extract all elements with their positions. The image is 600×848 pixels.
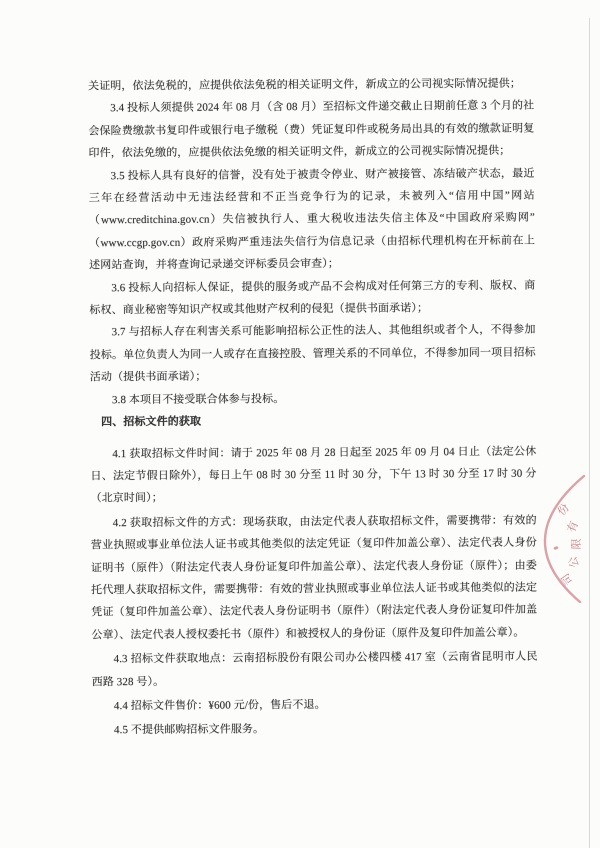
- paragraph-4-5: 4.5 不提供邮购招标文件服务。: [92, 717, 538, 742]
- paragraph-4-2: 4.2 获取招标文件的方式：现场获取，由法定代表人获取招标文件，需要携带：有效的…: [91, 509, 538, 646]
- section-heading-4: 四、招标文件的获取: [90, 409, 536, 434]
- paragraph-3-6: 3.6 投标人向招标人保证，提供的服务或产品不会构成对任何第三方的专利、版权、商…: [89, 274, 535, 322]
- paragraph-3-8: 3.8 本项目不接受联合体参与投标。: [90, 386, 536, 411]
- paragraph-3-4: 3.4 投标人须提供 2024 年 08 月（含 08 月）至招标文件递交截止日…: [88, 95, 534, 165]
- seal-character: 司: [559, 571, 576, 588]
- paragraph-4-4: 4.4 招标文件售价：¥600 元/份，售后不退。: [92, 693, 538, 718]
- seal-dot: [553, 546, 558, 550]
- paragraph-3-7: 3.7 与招标人存在利害关系可能影响招标公正性的法人、其他组织或者个人，不得参加…: [90, 319, 536, 389]
- paragraph-4-3: 4.3 招标文件获取地点：云南招标股份有限公司办公楼四楼 417 室（云南省昆明…: [92, 646, 538, 694]
- seal-character: 有: [565, 519, 581, 534]
- scanned-document-page: 关证明，依法免税的，应提供依法免税的相关证明文件，新成立的公司视实际情况提供； …: [0, 0, 600, 848]
- seal-arc: [545, 476, 584, 602]
- paragraph-3-5: 3.5 投标人具有良好的信誉，没有处于被责令停业、财产被接管、冻结破产状态，最近…: [89, 162, 536, 277]
- seal-character: 公: [567, 555, 582, 569]
- seal-character: 份: [555, 501, 572, 518]
- paragraph-4-1: 4.1 获取招标文件时间：请于 2025 年 08 月 28 日起至 2025 …: [90, 440, 536, 510]
- paragraph-continuation: 关证明，依法免税的，应提供依法免税的相关证明文件，新成立的公司视实际情况提供；: [88, 73, 534, 98]
- seal-character: 限: [570, 538, 583, 549]
- document-body: 关证明，依法免税的，应提供依法免税的相关证明文件，新成立的公司视实际情况提供； …: [88, 73, 538, 742]
- page-edge-line: [589, 18, 590, 848]
